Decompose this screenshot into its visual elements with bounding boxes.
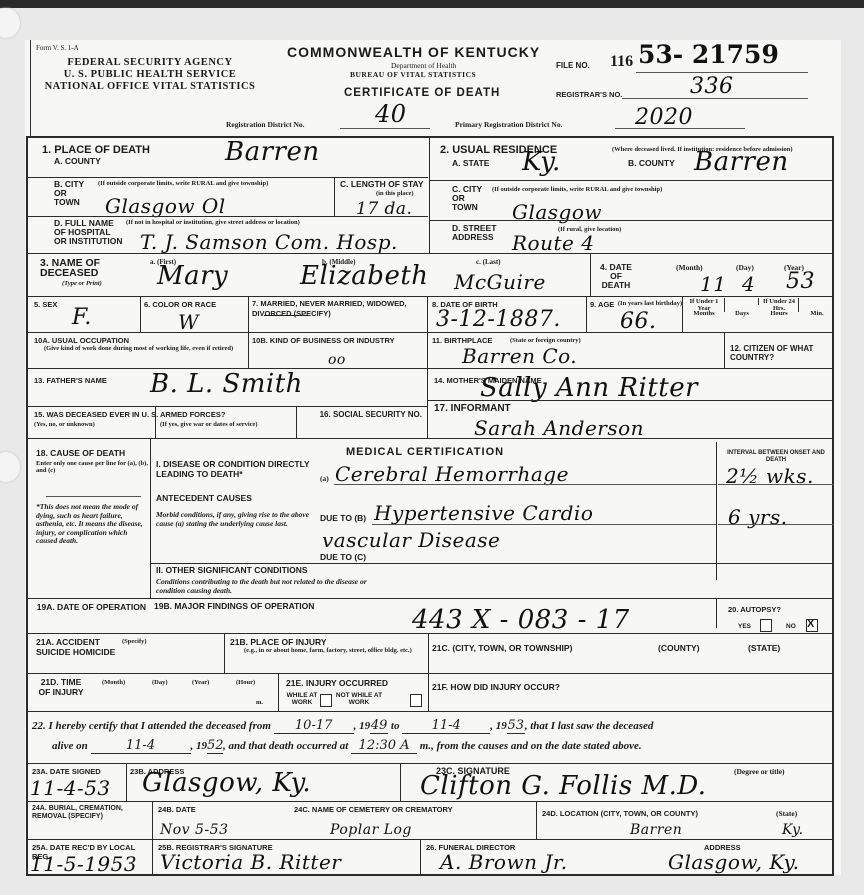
physician-address: Glasgow, Ky. [142,773,311,793]
registration-district-label: Registration District No. [226,120,305,129]
name-of-deceased-label: 3. NAME OF DECEASED [40,258,120,278]
birthplace: Barren Co. [462,346,577,366]
file-no-label: FILE NO. [556,61,590,70]
not-while-at-work-checkbox[interactable] [410,694,422,707]
last-name: McGuire [454,272,546,292]
race: W [178,312,199,332]
funeral-director: A. Brown Jr. [440,852,568,872]
date-of-birth: 3-12-1887. [436,310,561,330]
marital-status-underline [264,315,308,316]
registrar-number: 336 [690,77,734,97]
death-month: 11 [700,274,726,294]
registrar-signature: Victoria B. Ritter [160,852,341,872]
bureau: BUREAU OF VITAL STATISTICS [350,70,476,79]
first-name: Mary [157,266,228,286]
date-signed: 11-4-53 [30,778,111,798]
sex: F. [72,308,92,328]
autopsy-no-checkbox[interactable] [806,619,818,632]
last-seen-alive: 11-4 [91,738,191,754]
cause-a: Cerebral Hemorrhage [335,464,569,484]
residence-city: Glasgow [512,202,602,222]
file-no-prefix: 116 [610,53,633,71]
business: oo [328,350,346,370]
primary-district-label: Primary Registration District No. [455,120,562,129]
death-day: 4 [742,274,755,294]
funeral-director-address: Glasgow, Ky. [668,852,800,872]
state-title: COMMONWEALTH OF KENTUCKY [287,44,540,60]
registration-district: 40 [375,104,407,124]
death-year: 53 [786,272,815,292]
interval-a: 2½ wks. [726,466,814,486]
under-one-grid: If Under 1 Year If Under 24 Hrs. Months … [684,298,834,330]
department: Department of Health [391,61,456,70]
agency-block: FEDERAL SECURITY AGENCY U. S. PUBLIC HEA… [30,57,270,93]
cause-b: Hypertensive Cardio [374,503,593,523]
burial-state: Ky. [782,820,804,840]
certification-line-1: 22. I hereby certify that I attended the… [32,718,653,734]
residence-street: Route 4 [512,233,594,253]
middle-name: Elizabeth [300,266,429,286]
cause-footnote: *This does not mean the mode of dying, s… [36,503,148,546]
cause-b-continued: vascular Disease [322,530,500,550]
residence-county: Barren [694,152,789,172]
place-of-death-label: 1. PLACE OF DEATH [42,145,150,156]
punch-hole [0,452,20,482]
father-name: B. L. Smith [150,374,303,394]
hospital-name: T. J. Samson Com. Hosp. [140,232,398,252]
certification-line-2: alive on 11-4, 1952, and that death occu… [52,738,642,754]
operation-findings: 443 X - 083 - 17 [412,610,630,630]
time-of-death: 12:30 A [351,738,417,754]
date-received: 11-5-1953 [30,854,137,874]
informant: Sarah Anderson [474,418,644,438]
punch-hole [0,8,20,38]
form-id: Form V. S. 1-A [36,44,79,52]
cemetery-name: Poplar Log [330,820,412,840]
file-number: 53- 21759 [638,40,779,69]
registrar-no-label: REGISTRAR'S NO. [556,90,622,99]
while-at-work-checkbox[interactable] [320,694,332,707]
burial-location: Barren [630,820,682,840]
residence-state: Ky. [522,152,561,172]
death-city: Glasgow Ol [105,196,226,216]
age: 66. [620,312,657,332]
burial-date: Nov 5-53 [160,820,229,840]
physician-signature: Clifton G. Follis M.D. [420,776,707,796]
death-county: Barren [225,142,320,162]
attended-from: 10-17 [274,718,354,734]
armed-forces-label: 15. WAS DECEASED EVER IN U. S. ARMED FOR… [34,410,225,419]
autopsy-yes-checkbox[interactable] [760,619,772,632]
medical-certification-title: MEDICAL CERTIFICATION [346,446,504,458]
scan-edge [0,0,864,8]
mother-maiden-name: Sally Ann Ritter [480,378,698,398]
attended-to: 11-4 [402,718,490,734]
primary-district: 2020 [635,108,693,128]
certificate-title: CERTIFICATE OF DEATH [344,87,500,99]
